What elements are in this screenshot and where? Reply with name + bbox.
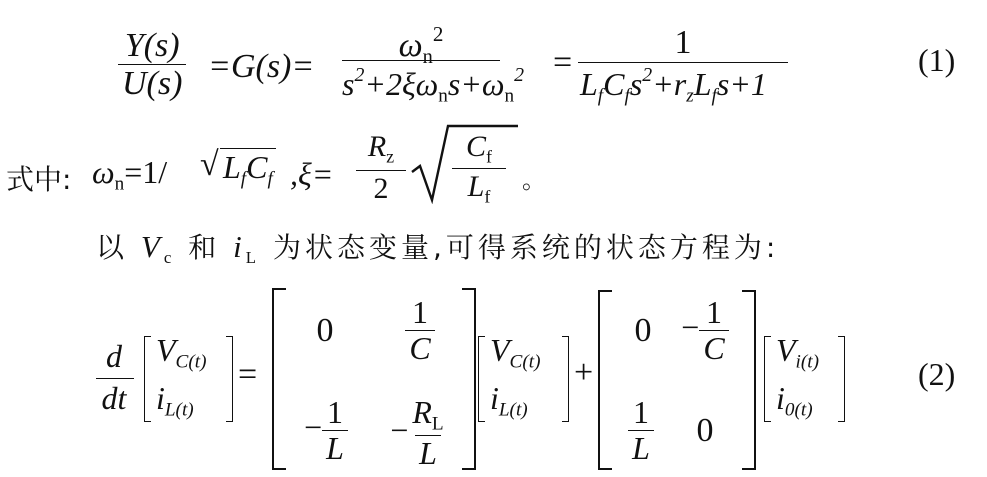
omega-definition: ωn=1/ [92,154,167,196]
input-vector-row-2: i0(t) [776,380,813,422]
plus-sign: + [574,354,593,392]
matrix-B-right-bracket [742,290,756,470]
xi-numerator: Rz [356,130,406,167]
Vc-symbol: V [490,332,510,368]
matrix-A-cell-11: 0 [300,312,350,350]
iL-sub: L(t) [165,400,194,421]
state-vector-2-left-bracket [478,336,485,422]
state-variable-sentence: 以 Vc 和 iL 为状态变量,可得系统的状态方程为: [96,226,779,268]
sentence-part-1: 以 [96,231,128,264]
R-symbol: R [368,130,386,163]
state-vector-right-bracket [226,336,233,422]
input-vector-row-1: Vi(t) [776,332,819,374]
equals-G: =G(s)= [208,48,314,86]
omega-eq: =1/ [124,154,167,190]
matrix-A-right-bracket [462,288,476,470]
equals-2: = [553,44,572,82]
rhs-fraction-bar [578,62,788,63]
radicand-1: LfCf [220,148,276,191]
i0-symbol: i [776,380,785,416]
state-vector-2-row-2: iL(t) [490,380,528,422]
input-vector-right-bracket [838,336,845,422]
C-symbol: C [466,130,486,163]
prefix-label: 式中: [6,158,71,198]
input-vector-left-bracket [764,336,771,422]
sqrt-fraction-bar [452,168,506,169]
iL-sub: L(t) [499,400,528,421]
sqrt-denominator: Lf [452,170,506,207]
denominator-U: U(s) [118,64,186,102]
sentence-part-3: 为状态变量,可得系统的状态方程为: [273,231,779,264]
V-symbol: V [141,229,164,264]
state-vector-2-right-bracket [562,336,569,422]
equals-sign: = [238,356,257,394]
xi-denominator: 2 [356,172,406,206]
i0-sub: 0(t) [785,400,813,421]
mid-fraction-bar [342,60,500,61]
V-sub: c [164,248,175,267]
numerator-Y: Y(s) [121,28,184,64]
omega-sub: n [115,174,125,195]
sentence-part-2: 和 [188,231,220,264]
equation-number-1: (1) [918,42,955,79]
dt-denominator: dt [94,380,134,417]
Vi-symbol: V [776,332,796,368]
equation-number-2: (2) [918,356,955,393]
L-symbol: L [468,170,485,203]
i-symbol: i [233,229,246,264]
matrix-B-cell-11: 0 [618,312,668,350]
xi-fraction-bar [356,170,406,171]
Vi-sub: i(t) [796,352,819,373]
rhs-denominator: LfCfs2+rzLfs+1 [580,64,767,108]
R-sub: z [386,146,394,166]
iL-symbol: i [490,380,499,416]
transfer-ratio-fraction: Y(s) U(s) [118,28,186,102]
matrix-A-cell-12: 1C [395,296,445,366]
state-vector-2-row-1: VC(t) [490,332,540,374]
Vc-symbol: V [156,332,176,368]
xi-equals: ,ξ= [290,156,333,193]
rhs-numerator: 1 [578,24,788,62]
ddt-bar [96,378,134,379]
sqrt-radical-1: √ [200,146,219,184]
matrix-B-cell-12: −1C [668,296,742,366]
matrix-B-cell-22: 0 [680,412,730,450]
Vc-sub: C(t) [176,352,207,373]
mid-denominator: s2+2ξωns+ωn2 [342,64,542,108]
period: 。 [522,160,546,195]
matrix-A-cell-22: −RLL [376,396,462,471]
iL-symbol: i [156,380,165,416]
omega-sup: 2 [433,22,444,46]
matrix-A-cell-21: −1L [286,396,366,466]
C-sub: f [486,146,492,166]
state-vector-row-1: VC(t) [156,332,206,374]
i-sub: L [246,248,260,267]
matrix-B-left-bracket [598,290,612,470]
Vc-sub: C(t) [510,352,541,373]
state-vector-left-bracket [144,336,151,422]
d-numerator: d [94,338,134,375]
omega-symbol: ω [92,154,115,190]
state-vector-row-2: iL(t) [156,380,194,422]
sqrt-numerator: Cf [452,130,506,167]
matrix-A-left-bracket [272,288,286,470]
mid-numerator: ωn2 [342,22,500,69]
matrix-B-cell-21: 1L [614,396,668,466]
L-sub: f [484,186,490,206]
omega-symbol: ω [399,27,423,64]
